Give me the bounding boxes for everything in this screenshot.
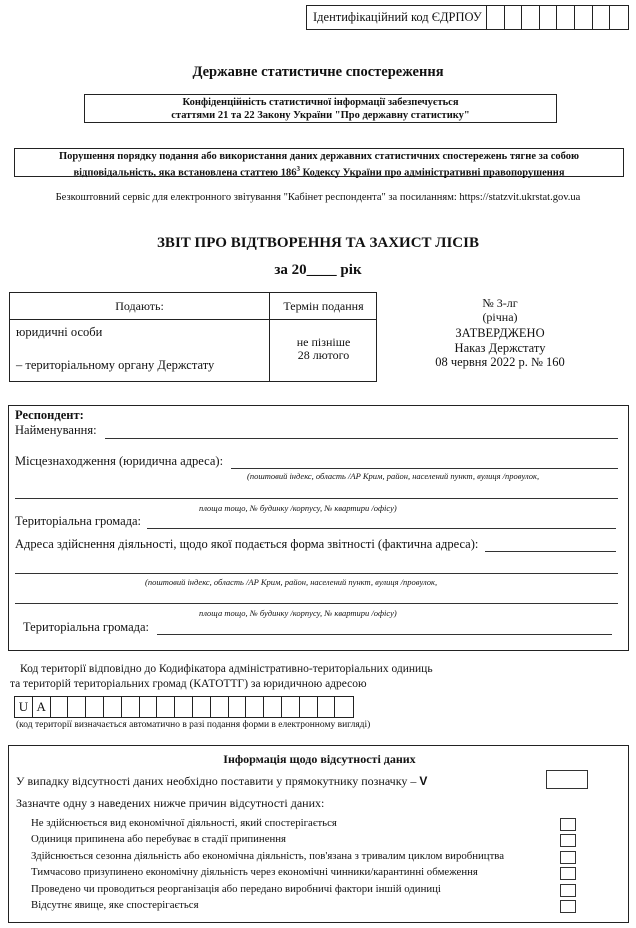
no-data-checkbox[interactable] xyxy=(546,770,588,789)
reason-prompt: Зазначте одну з наведених нижче причин в… xyxy=(16,796,324,811)
form-periodicity: (річна) xyxy=(420,310,580,324)
column-header-deadline: Термін подання xyxy=(270,293,377,319)
report-year[interactable]: за 20____ рік xyxy=(0,262,636,279)
approval-order: Наказ Держстату xyxy=(420,341,580,356)
approval-date: 08 червня 2022 р. № 160 xyxy=(420,355,580,370)
katottg-code-cell[interactable] xyxy=(104,697,122,717)
edrpou-code-field: Ідентифікаційний код ЄДРПОУ xyxy=(306,5,629,30)
column-header-submitters: Подають: xyxy=(10,293,269,319)
katottg-code-field[interactable]: UA xyxy=(14,696,354,718)
approved-label: ЗАТВЕРДЖЕНО xyxy=(420,326,580,341)
edrpou-digit-cell[interactable] xyxy=(557,6,575,29)
edrpou-digit-cell[interactable] xyxy=(610,6,628,29)
respondent-heading: Респондент: xyxy=(15,408,84,423)
reason-label: Не здійснюється вид економічної діяльнос… xyxy=(31,817,337,829)
approval-block: № 3-лг (річна) ЗАТВЕРДЖЕНО Наказ Держста… xyxy=(420,296,580,370)
report-title: ЗВІТ ПРО ВІДТВОРЕННЯ ТА ЗАХИСТ ЛІСІВ xyxy=(0,235,636,252)
electronic-service-link[interactable]: Безкоштовний сервіс для електронного зві… xyxy=(0,192,636,203)
name-label: Найменування: xyxy=(15,423,97,438)
respondent-section: Респондент: Найменування: Місцезнаходжен… xyxy=(8,405,629,651)
community-input[interactable] xyxy=(147,528,616,529)
reason-checkbox[interactable] xyxy=(560,867,576,880)
name-input[interactable] xyxy=(105,438,618,439)
edrpou-digit-cell[interactable] xyxy=(593,6,611,29)
legal-address-input[interactable] xyxy=(231,468,618,469)
katottg-description: Код території відповідно до Кодифікатора… xyxy=(10,662,433,691)
actual-address-hint-1: (поштовий індекс, область /АР Крим, райо… xyxy=(145,577,437,587)
edrpou-cells[interactable] xyxy=(487,6,628,29)
reason-label: Проведено чи проводиться реорганізація а… xyxy=(31,883,441,895)
edrpou-digit-cell[interactable] xyxy=(505,6,523,29)
katottg-code-cell: A xyxy=(33,697,51,717)
katottg-code-cell[interactable] xyxy=(193,697,211,717)
reason-checkbox[interactable] xyxy=(560,884,576,897)
legal-address-input-2[interactable] xyxy=(15,498,618,499)
reason-label: Здійснюється сезонна діяльність або екон… xyxy=(31,850,504,862)
katottg-code-cell[interactable] xyxy=(51,697,69,717)
actual-address-input[interactable] xyxy=(485,551,616,552)
actual-address-label: Адреса здійснення діяльності, щодо якої … xyxy=(15,537,478,552)
missing-data-instruction: У випадку відсутності даних необхідно по… xyxy=(16,774,427,789)
legal-address-label: Місцезнаходження (юридична адреса): xyxy=(15,454,223,469)
katottg-code-cell[interactable] xyxy=(122,697,140,717)
katottg-code-cell[interactable] xyxy=(264,697,282,717)
edrpou-digit-cell[interactable] xyxy=(575,6,593,29)
katottg-code-cell[interactable] xyxy=(211,697,229,717)
katottg-code-cell[interactable] xyxy=(86,697,104,717)
katottg-code-cell[interactable] xyxy=(335,697,353,717)
legal-address-hint-2: площа тощо, № будинку /корпусу, № кварти… xyxy=(199,503,397,513)
community-2-input[interactable] xyxy=(157,634,612,635)
reason-checkbox[interactable] xyxy=(560,818,576,831)
violation-line-1: Порушення порядку подання або використан… xyxy=(15,150,623,163)
katottg-note: (код території визначається автоматично … xyxy=(16,720,370,730)
submitters-line-2: – територіальному органу Держстату xyxy=(16,358,214,373)
katottg-code-cell[interactable] xyxy=(246,697,264,717)
violation-notice: Порушення порядку подання або використан… xyxy=(14,148,624,177)
reason-label: Відсутнє явище, яке спостерігається xyxy=(31,899,199,911)
confidentiality-line-1: Конфіденційність статистичної інформації… xyxy=(85,96,556,109)
edrpou-digit-cell[interactable] xyxy=(540,6,558,29)
reason-checkbox[interactable] xyxy=(560,834,576,847)
reason-label: Тимчасово призупинено економічну діяльні… xyxy=(31,866,478,878)
observation-title: Державне статистичне спостереження xyxy=(0,64,636,81)
actual-address-input-3[interactable] xyxy=(15,603,618,604)
violation-line-2: відповідальність, яка встановлена статте… xyxy=(15,163,623,180)
katottg-code-cell[interactable] xyxy=(175,697,193,717)
katottg-code-cell[interactable] xyxy=(68,697,86,717)
submitters-line-1: юридичні особи xyxy=(16,325,102,340)
katottg-code-cell: U xyxy=(15,697,33,717)
legal-address-hint-1: (поштовий індекс, область /АР Крим, райо… xyxy=(247,471,539,481)
confidentiality-notice: Конфіденційність статистичної інформації… xyxy=(84,94,557,123)
submission-table: Подають: Термін подання юридичні особи –… xyxy=(9,292,377,382)
katottg-code-cell[interactable] xyxy=(300,697,318,717)
missing-data-section: Інформація щодо відсутності даних У випа… xyxy=(8,745,629,923)
edrpou-digit-cell[interactable] xyxy=(487,6,505,29)
actual-address-hint-2: площа тощо, № будинку /корпусу, № кварти… xyxy=(199,608,397,618)
katottg-code-cell[interactable] xyxy=(140,697,158,717)
reason-checkbox[interactable] xyxy=(560,851,576,864)
edrpou-digit-cell[interactable] xyxy=(522,6,540,29)
deadline-value: не пізніше 28 лютого xyxy=(270,336,377,362)
reason-checkbox[interactable] xyxy=(560,900,576,913)
katottg-code-cell[interactable] xyxy=(229,697,247,717)
actual-address-input-2[interactable] xyxy=(15,573,618,574)
missing-data-title: Інформація щодо відсутності даних xyxy=(9,752,630,767)
katottg-code-cell[interactable] xyxy=(157,697,175,717)
community-label: Територіальна громада: xyxy=(15,514,141,529)
katottg-line-2: та територій територіальних громад (КАТО… xyxy=(10,677,433,692)
katottg-code-cell[interactable] xyxy=(282,697,300,717)
confidentiality-line-2: статтями 21 та 22 Закону України "Про де… xyxy=(85,109,556,122)
form-number: № 3-лг xyxy=(420,296,580,310)
katottg-code-cell[interactable] xyxy=(318,697,336,717)
katottg-line-1: Код території відповідно до Кодифікатора… xyxy=(10,662,433,677)
edrpou-label: Ідентифікаційний код ЄДРПОУ xyxy=(307,6,487,29)
community-2-label: Територіальна громада: xyxy=(23,620,149,635)
check-mark-symbol: V xyxy=(419,774,427,788)
reason-label: Одиниця припинена або перебуває в стадії… xyxy=(31,833,286,845)
